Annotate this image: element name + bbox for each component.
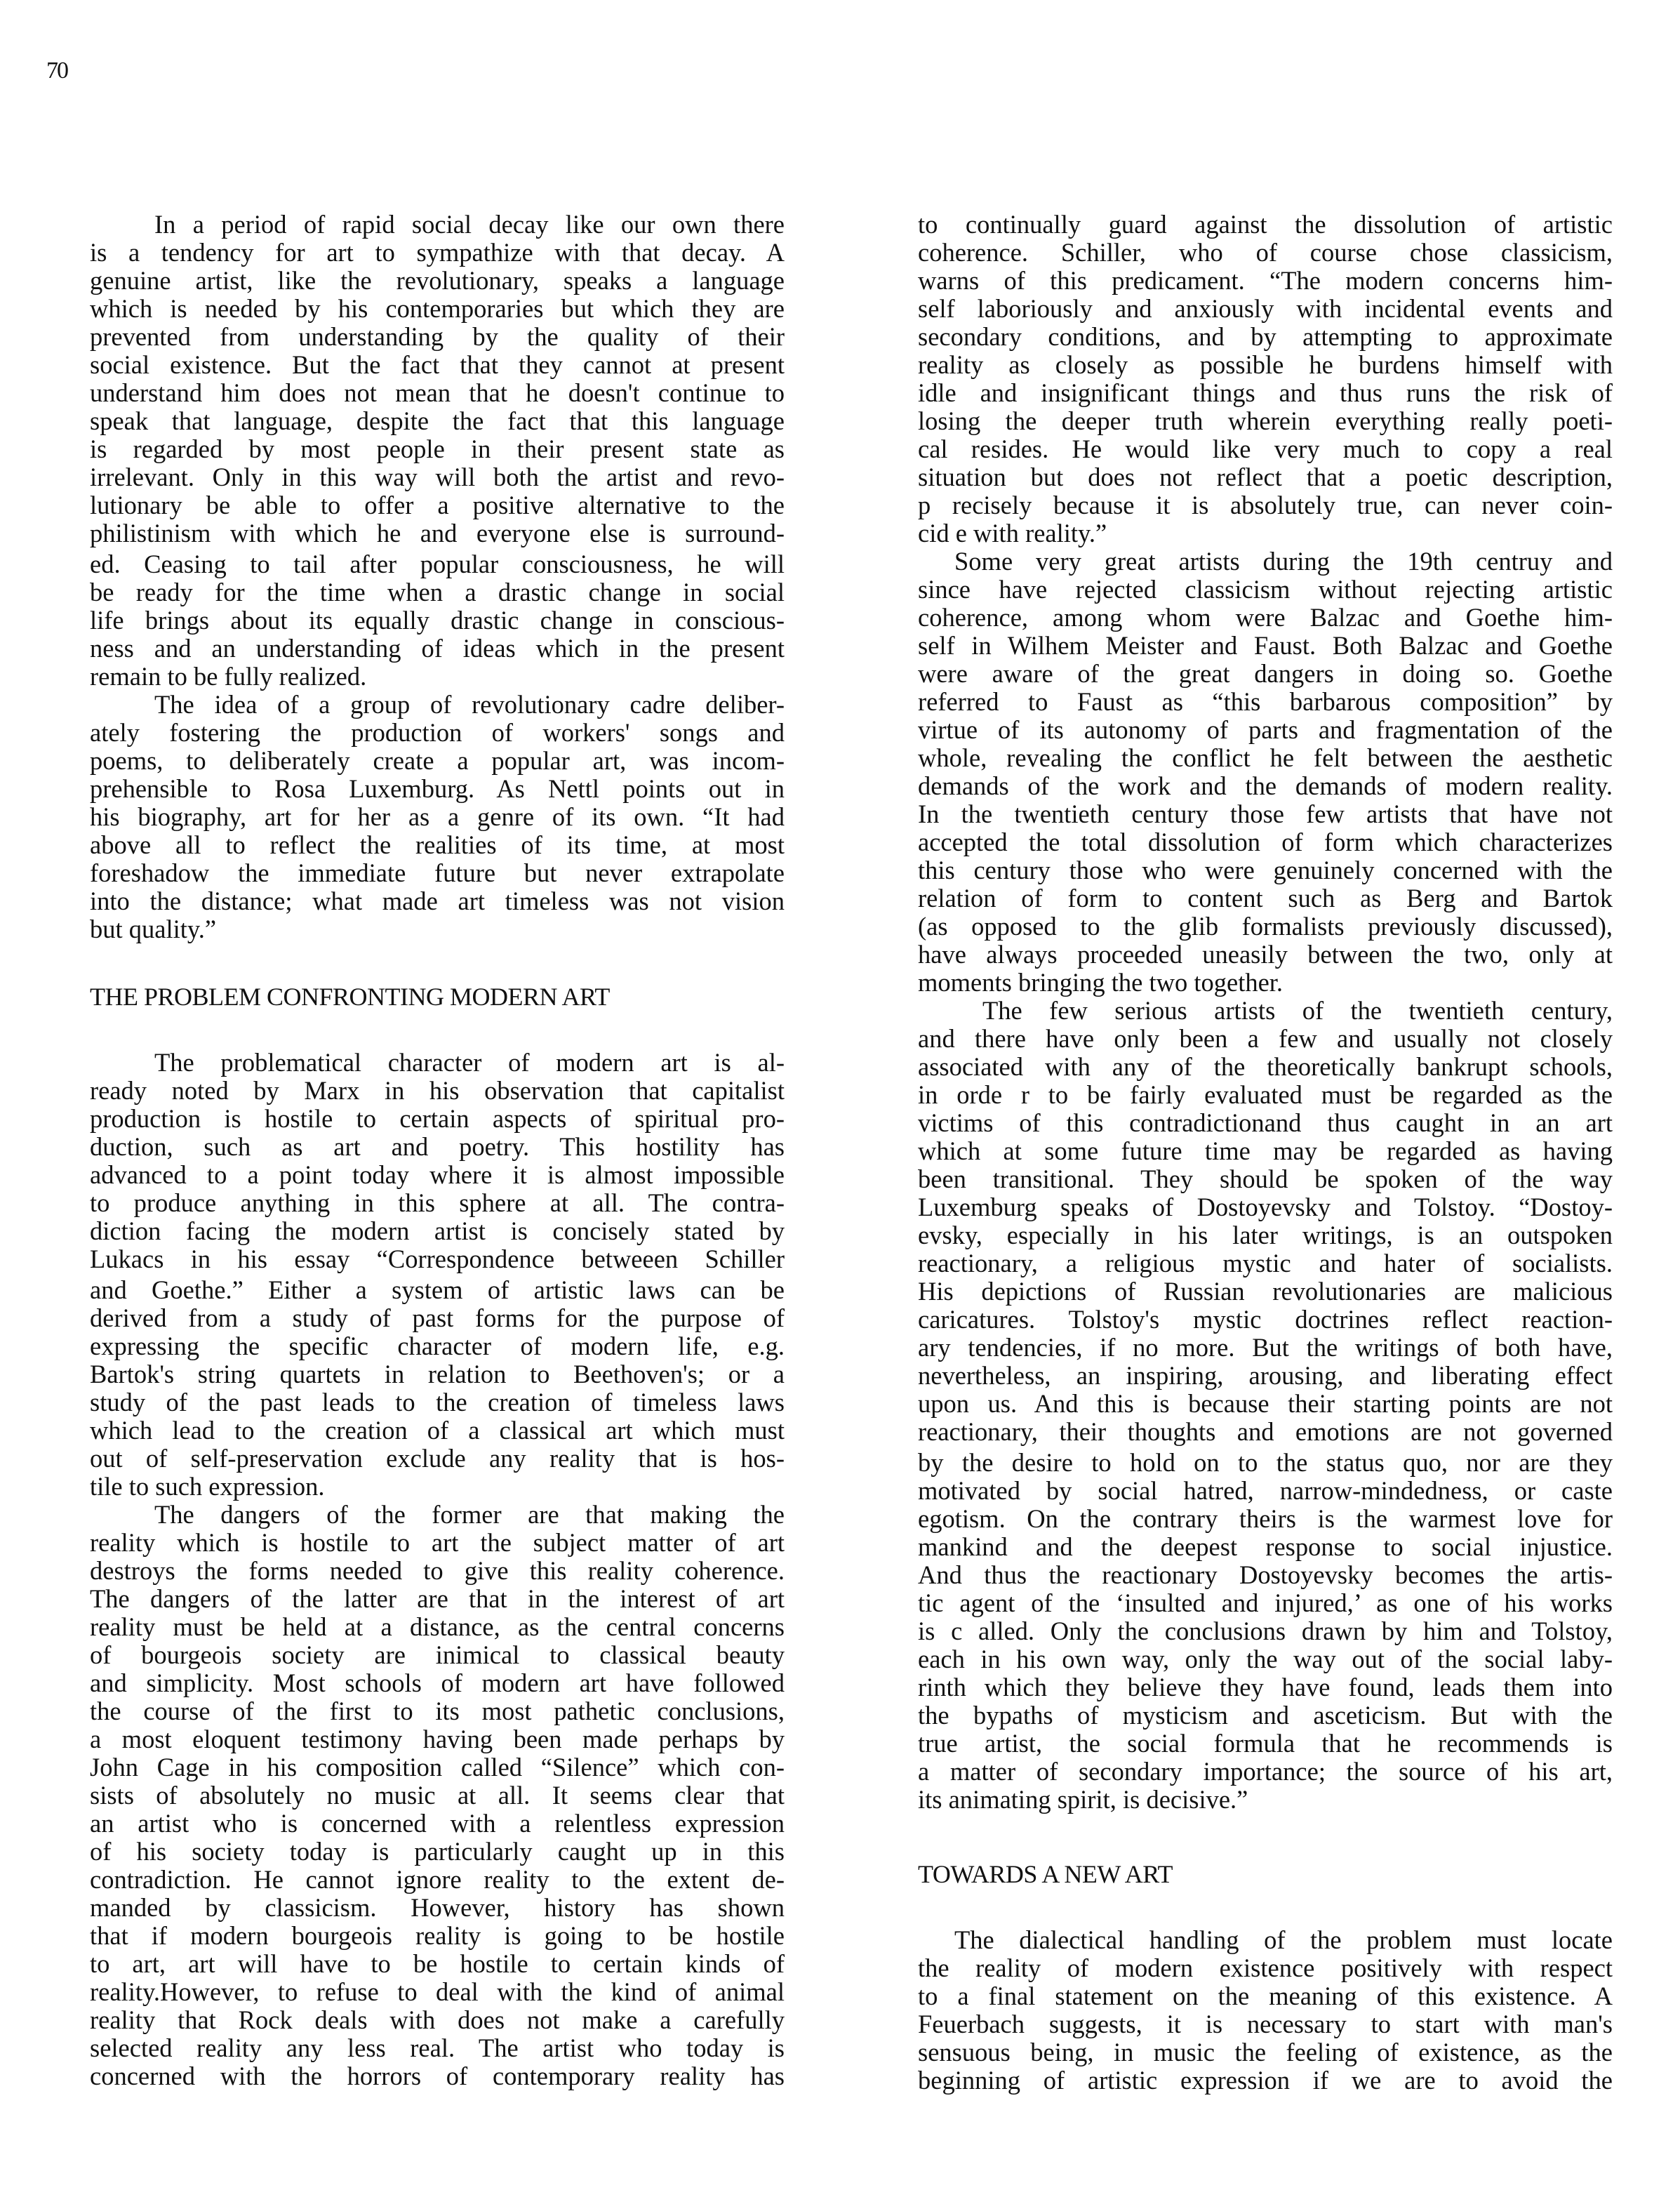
text-line: coherence, among whom were Balzac and Go… (918, 604, 1613, 632)
text-line: tic agent of the ‘insulted and injured,’… (918, 1589, 1613, 1617)
text-line: warns of this predicament. “The modern c… (918, 267, 1613, 295)
text-line: The dangers of the latter are that in th… (90, 1585, 785, 1613)
text-line: reality as closely as possible he burden… (918, 351, 1613, 379)
text-line: idle and insignificant things and thus r… (918, 379, 1613, 407)
text-line: demands of the work and the demands of m… (918, 772, 1613, 800)
text-line: motivated by social hatred, narrow-minde… (918, 1477, 1613, 1505)
text-line: each in his own way, only the way out of… (918, 1645, 1613, 1673)
text-line: duction, such as art and poetry. This ho… (90, 1133, 785, 1161)
text-line: and simplicity. Most schools of modern a… (90, 1669, 785, 1697)
text-line: reality that Rock deals with does not ma… (90, 2006, 785, 2034)
text-line: to produce anything in this sphere at al… (90, 1189, 785, 1217)
text-line: to art, art will have to be hostile to c… (90, 1950, 785, 1978)
text-line: relation of form to content such as Berg… (918, 884, 1613, 912)
text-line: p recisely because it is absolutely true… (918, 491, 1613, 519)
section-heading: THE PROBLEM CONFRONTING MODERN ART (90, 983, 610, 1011)
text-line: foreshadow the immediate future but neve… (90, 859, 785, 887)
text-line: The dialectical handling of the problem … (918, 1926, 1613, 1954)
text-line: egotism. On the contrary theirs is the w… (918, 1505, 1613, 1533)
text-line: a most eloquent testimony having been ma… (90, 1725, 785, 1753)
text-line: secondary conditions, and by attempting … (918, 323, 1613, 351)
text-line: been transitional. They should be spoken… (918, 1165, 1613, 1193)
text-line: above all to reflect the realities of it… (90, 831, 785, 859)
text-line: a matter of secondary importance; the so… (918, 1758, 1613, 1786)
text-line: understand him does not mean that he doe… (90, 379, 785, 407)
text-line: cid e with reality.” (918, 519, 1613, 547)
text-line: reality.However, to refuse to deal with … (90, 1978, 785, 2006)
text-line: out of self-preservation exclude any rea… (90, 1445, 785, 1473)
text-line: and Goethe.” Either a system of artistic… (90, 1276, 785, 1304)
text-line: reality which is hostile to art the subj… (90, 1529, 785, 1557)
text-line: have always proceeded uneasily between t… (918, 941, 1613, 969)
text-line: tile to such expression. (90, 1473, 785, 1501)
text-line: which at some future time may be regarde… (918, 1137, 1613, 1165)
text-line: upon us. And this is because their start… (918, 1390, 1613, 1418)
text-line: Feuerbach suggests, it is necessary to s… (918, 2010, 1613, 2038)
text-line: losing the deeper truth wherein everythi… (918, 407, 1613, 435)
text-line: true artist, the social formula that he … (918, 1730, 1613, 1758)
text-line: Lukacs in his essay “Correspondence betw… (90, 1245, 785, 1273)
text-line: social existence. But the fact that they… (90, 351, 785, 379)
text-line: self in Wilhem Meister and Faust. Both B… (918, 632, 1613, 660)
text-line: production is hostile to certain aspects… (90, 1105, 785, 1133)
text-line: sists of absolutely no music at all. It … (90, 1781, 785, 1810)
text-line: The few serious artists of the twentieth… (918, 997, 1613, 1025)
text-line: destroys the forms needed to give this r… (90, 1557, 785, 1585)
text-line: expressing the specific character of mod… (90, 1332, 785, 1360)
text-line: ately fostering the production of worker… (90, 719, 785, 747)
text-line: selected reality any less real. The arti… (90, 2034, 785, 2062)
text-line: lutionary be able to offer a positive al… (90, 491, 785, 519)
text-line: which is needed by his contemporaries bu… (90, 295, 785, 323)
text-line: advanced to a point today where it is al… (90, 1161, 785, 1189)
page-number: 70 (46, 58, 67, 84)
text-line: derived from a study of past forms for t… (90, 1304, 785, 1332)
text-line: In the twentieth century those few artis… (918, 800, 1613, 828)
text-line: but quality.” (90, 915, 785, 943)
text-line: beginning of artistic expression if we a… (918, 2066, 1613, 2095)
text-line: ready noted by Marx in his observation t… (90, 1077, 785, 1105)
text-line: of bourgeois society are inimical to cla… (90, 1641, 785, 1669)
text-line: to a final statement on the meaning of t… (918, 1982, 1613, 2010)
text-line: whole, revealing the conflict he felt be… (918, 744, 1613, 772)
text-line: study of the past leads to the creation … (90, 1388, 785, 1416)
text-line: self laboriously and anxiously with inci… (918, 295, 1613, 323)
text-line: concerned with the horrors of contempora… (90, 2062, 785, 2090)
text-line: is regarded by most people in their pres… (90, 435, 785, 463)
text-line: nevertheless, an inspiring, arousing, an… (918, 1362, 1613, 1390)
text-line: Luxemburg speaks of Dostoyevsky and Tols… (918, 1193, 1613, 1221)
text-line: life brings about its equally drastic ch… (90, 606, 785, 635)
text-line: by the desire to hold on to the status q… (918, 1449, 1613, 1477)
text-line: accepted the total dissolution of form w… (918, 828, 1613, 856)
text-line: The dangers of the former are that makin… (90, 1501, 785, 1529)
text-line: be ready for the time when a drastic cha… (90, 578, 785, 606)
text-line: And thus the reactionary Dostoyevsky bec… (918, 1561, 1613, 1589)
section-heading: TOWARDS A NEW ART (918, 1860, 1173, 1888)
text-line: The problematical character of modern ar… (90, 1049, 785, 1077)
text-line: which lead to the creation of a classica… (90, 1416, 785, 1445)
text-line: this century those who were genuinely co… (918, 856, 1613, 884)
text-line: moments bringing the two together. (918, 969, 1613, 997)
text-line: that if modern bourgeois reality is goin… (90, 1922, 785, 1950)
text-line: manded by classicism. However, history h… (90, 1894, 785, 1922)
text-line: and there have only been a few and usual… (918, 1025, 1613, 1053)
text-line: prevented from understanding by the qual… (90, 323, 785, 351)
text-line: Bartok's string quartets in relation to … (90, 1360, 785, 1388)
text-line: ness and an understanding of ideas which… (90, 635, 785, 663)
text-line: contradiction. He cannot ignore reality … (90, 1866, 785, 1894)
text-line: His depictions of Russian revolutionarie… (918, 1277, 1613, 1306)
text-line: Some very great artists during the 19th … (918, 547, 1613, 576)
text-line: (as opposed to the glib formalists previ… (918, 912, 1613, 941)
text-line: referred to Faust as “this barbarous com… (918, 688, 1613, 716)
text-line: coherence. Schiller, who of course chose… (918, 239, 1613, 267)
text-line: of his society today is particularly cau… (90, 1838, 785, 1866)
text-line: since have rejected classicism without r… (918, 576, 1613, 604)
text-line: associated with any of the theoretically… (918, 1053, 1613, 1081)
text-line: genuine artist, like the revolutionary, … (90, 267, 785, 295)
text-line: John Cage in his composition called “Sil… (90, 1753, 785, 1781)
text-line: the bypaths of mysticism and asceticism.… (918, 1701, 1613, 1730)
text-line: caricatures. Tolstoy's mystic doctrines … (918, 1306, 1613, 1334)
text-line: reactionary, a religious mystic and hate… (918, 1249, 1613, 1277)
text-line: were aware of the great dangers in doing… (918, 660, 1613, 688)
text-line: the reality of modern existence positive… (918, 1954, 1613, 1982)
text-line: the course of the first to its most path… (90, 1697, 785, 1725)
text-line: mankind and the deepest response to soci… (918, 1533, 1613, 1561)
text-line: prehensible to Rosa Luxemburg. As Nettl … (90, 775, 785, 803)
text-line: his biography, art for her as a genre of… (90, 803, 785, 831)
text-line: virtue of its autonomy of parts and frag… (918, 716, 1613, 744)
text-line: ed. Ceasing to tail after popular consci… (90, 550, 785, 578)
text-line: to continually guard against the dissolu… (918, 211, 1613, 239)
text-line: philistinism with which he and everyone … (90, 519, 785, 547)
text-line: is a tendency for art to sympathize with… (90, 239, 785, 267)
text-line: sensuous being, in music the feeling of … (918, 2038, 1613, 2066)
text-line: cal resides. He would like very much to … (918, 435, 1613, 463)
text-line: diction facing the modern artist is conc… (90, 1217, 785, 1245)
text-line: is c alled. Only the conclusions drawn b… (918, 1617, 1613, 1645)
text-line: reality must be held at a distance, as t… (90, 1613, 785, 1641)
text-line: rinth which they believe they have found… (918, 1673, 1613, 1701)
text-line: poems, to deliberately create a popular … (90, 747, 785, 775)
text-line: remain to be fully realized. (90, 663, 785, 691)
text-line: its animating spirit, is decisive.” (918, 1786, 1613, 1814)
text-line: situation but does not reflect that a po… (918, 463, 1613, 491)
text-line: The idea of a group of revolutionary cad… (90, 691, 785, 719)
text-line: ary tendencies, if no more. But the writ… (918, 1334, 1613, 1362)
text-line: victims of this contradictionand thus ca… (918, 1109, 1613, 1137)
text-line: In a period of rapid social decay like o… (90, 211, 785, 239)
text-line: an artist who is concerned with a relent… (90, 1810, 785, 1838)
text-line: speak that language, despite the fact th… (90, 407, 785, 435)
text-line: evsky, especially in his later writings,… (918, 1221, 1613, 1249)
text-line: irrelevant. Only in this way will both t… (90, 463, 785, 491)
text-line: into the distance; what made art timeles… (90, 887, 785, 915)
text-line: in orde r to be fairly evaluated must be… (918, 1081, 1613, 1109)
text-line: reactionary, their thoughts and emotions… (918, 1418, 1613, 1446)
